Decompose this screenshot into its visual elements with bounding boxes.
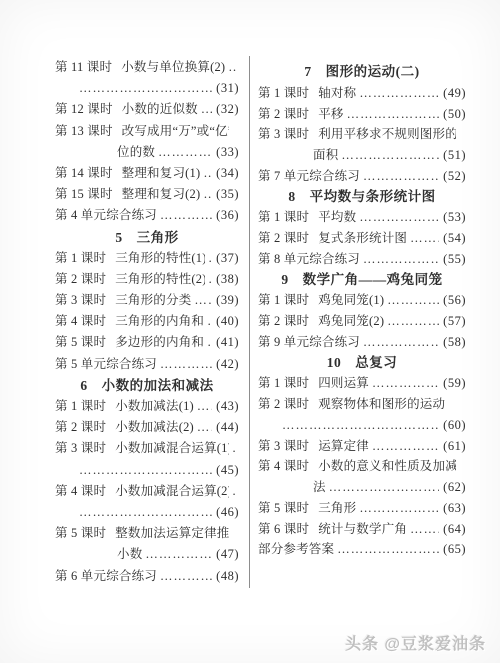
dot-leader: ………………………: [197, 417, 212, 438]
toc-entry: 第 2 课时三角形的特性(2)………………………(38): [55, 269, 239, 290]
toc-entry: 第 15 课时整理和复习(2)………………………(35): [55, 184, 239, 205]
page-number: (45): [216, 460, 239, 481]
page-number: (43): [216, 396, 239, 417]
page-number: (52): [443, 166, 466, 187]
entry-label: 第 2 课时: [258, 104, 309, 125]
toc-entry: 部分参考答案…………………………(65): [258, 539, 466, 560]
toc-entry: 第 9 单元综合练习…………………………(58): [258, 332, 466, 353]
toc-column-left: 第 11 课时小数与单位换算(2)…………………………………………(31)第 1…: [55, 57, 239, 587]
dot-leader: ………………………: [207, 332, 212, 353]
dot-leader: …………………………: [337, 539, 439, 560]
entry-title: 平移: [318, 104, 343, 125]
entry-label: 第 7 单元综合练习: [258, 166, 360, 187]
toc-entry-continuation: 位的数………………………(33): [55, 142, 239, 163]
toc-entry: 第 4 课时小数加减混合运算(2)…: [55, 481, 239, 502]
dot-leader: ………………………: [203, 184, 212, 205]
dot-leader: …………………………: [329, 477, 439, 498]
dot-leader: …………………………: [363, 249, 439, 270]
page-number: (48): [216, 566, 239, 587]
page-number: (36): [216, 205, 239, 226]
toc-section-heading: 6 小数的加法和减法: [55, 375, 239, 396]
toc-entry: 第 5 课时三角形…………………………(63): [258, 498, 466, 519]
dot-leader: …: [232, 438, 236, 459]
toc-entry: 第 1 课时轴对称…………………………(49): [258, 83, 466, 104]
dot-leader: ………………………: [207, 311, 212, 332]
entry-label: 第 2 课时: [55, 269, 106, 290]
entry-label: 第 3 课时: [55, 290, 106, 311]
entry-label: 第 6 课时: [258, 519, 309, 540]
page-number: (61): [443, 436, 466, 457]
page-number: (49): [443, 83, 466, 104]
entry-label: 第 4 单元综合练习: [55, 205, 157, 226]
toc-entry: 第 12 课时小数的近似数………………………(32): [55, 99, 239, 120]
entry-label: 第 4 课时: [258, 456, 309, 477]
toc-entry: 第 5 课时多边形的内角和………………………(41): [55, 332, 239, 353]
page-number: (60): [443, 415, 466, 436]
entry-label: 第 1 课时: [55, 248, 106, 269]
toc-entry: 第 5 课时整数加法运算定律推广到: [55, 523, 239, 544]
entry-label: 第 4 课时: [55, 481, 106, 502]
page-number: (33): [216, 142, 239, 163]
page-number: (41): [216, 332, 239, 353]
entry-title: 三角形的特性(2): [115, 269, 205, 290]
page-number: (31): [216, 78, 239, 99]
dot-leader: …………………………: [359, 498, 439, 519]
dot-leader: …………………………: [387, 290, 439, 311]
entry-title: 面积: [313, 145, 338, 166]
entry-label: 部分参考答案: [258, 539, 334, 560]
toc-section-heading: 5 三角形: [55, 227, 239, 248]
entry-title: 复式条形统计图: [318, 228, 407, 249]
toc-entry: 第 3 课时利用平移求不规则图形的: [258, 124, 466, 145]
entry-label: 第 5 课时: [55, 523, 106, 544]
entry-title: 小数加减法(1): [115, 396, 194, 417]
dot-leader: ………………………………………: [282, 415, 439, 436]
entry-title: 多边形的内角和: [115, 332, 204, 353]
page-number: (58): [443, 332, 466, 353]
page-number: (65): [443, 539, 466, 560]
toc-entry: 第 8 单元综合练习…………………………(55): [258, 249, 466, 270]
entry-title: 位的数: [117, 142, 155, 163]
entry-title: 运算定律: [318, 436, 369, 457]
toc-entry: 第 4 单元综合练习………………………(36): [55, 205, 239, 226]
dot-leader: …………………………: [359, 83, 439, 104]
entry-title: 利用平移求不规则图形的: [318, 124, 456, 145]
entry-label: 第 1 课时: [55, 396, 106, 417]
dot-leader: …: [228, 57, 236, 78]
toc-entry: 第 3 课时三角形的分类………………………(39): [55, 290, 239, 311]
entry-title: 小数: [117, 544, 142, 565]
toc-entry: 第 2 课时复式条形统计图…………………………(54): [258, 228, 466, 249]
toc-entry: 第 7 单元综合练习…………………………(52): [258, 166, 466, 187]
toc-entry-continuation: ………………………………………(60): [258, 415, 466, 436]
dot-leader: ………………………: [197, 396, 212, 417]
entry-label: 第 1 课时: [258, 83, 309, 104]
page-number: (63): [443, 498, 466, 519]
toc-entry: 第 1 课时小数加减法(1)………………………(43): [55, 396, 239, 417]
dot-leader: ………………………: [160, 566, 212, 587]
entry-label: 第 2 课时: [258, 311, 309, 332]
column-divider-rule: [249, 56, 250, 588]
entry-label: 第 3 课时: [55, 438, 106, 459]
entry-title: 小数与单位换算(2): [121, 57, 225, 78]
scanned-toc-page: { "colors": { "paper": "#ffffff", "ink":…: [0, 0, 500, 663]
toc-entry: 第 14 课时整理和复习(1)………………………(34): [55, 163, 239, 184]
toc-entry: 第 13 课时改写成用“万”或“亿”作单: [55, 121, 239, 142]
toc-entry: 第 11 课时小数与单位换算(2)…: [55, 57, 239, 78]
dot-leader: ………………………: [203, 163, 212, 184]
toc-section-heading: 8 平均数与条形统计图: [258, 187, 466, 208]
page-number: (56): [443, 290, 466, 311]
entry-label: 第 1 课时: [258, 207, 309, 228]
page-number: (39): [216, 290, 239, 311]
toc-column-right: 7 图形的运动(二)第 1 课时轴对称…………………………(49)第 2 课时平…: [258, 62, 466, 560]
toc-section-heading: 9 数学广角——鸡兔同笼: [258, 270, 466, 291]
toc-section-heading: 7 图形的运动(二): [258, 62, 466, 83]
dot-leader: ………………………: [194, 290, 212, 311]
dot-leader: ………………………: [160, 354, 212, 375]
entry-title: 整理和复习(1): [122, 163, 201, 184]
entry-label: 第 14 课时: [55, 163, 113, 184]
entry-label: 第 12 课时: [55, 99, 113, 120]
dot-leader: …………………………: [410, 519, 439, 540]
entry-title: 鸡兔同笼(2): [318, 311, 384, 332]
toc-entry-continuation: ………………………………………(31): [55, 78, 239, 99]
toc-entry: 第 2 课时观察物体和图形的运动: [258, 394, 466, 415]
toc-section-heading: 10 总复习: [258, 353, 466, 374]
toc-entry-continuation: ………………………………………(46): [55, 502, 239, 523]
entry-title: 三角形的内角和: [115, 311, 204, 332]
entry-title: 统计与数学广角: [318, 519, 407, 540]
entry-label: 第 2 课时: [258, 228, 309, 249]
dot-leader: …………………………: [372, 436, 439, 457]
entry-title: 三角形的分类: [115, 290, 191, 311]
entry-label: 第 8 单元综合练习: [258, 249, 360, 270]
dot-leader: ………………………: [201, 99, 212, 120]
entry-title: 平均数: [318, 207, 356, 228]
page-number: (62): [443, 477, 466, 498]
toc-entry: 第 6 课时统计与数学广角…………………………(64): [258, 519, 466, 540]
toc-entry: 第 6 单元综合练习………………………(48): [55, 566, 239, 587]
toc-entry: 第 2 课时平移…………………………(50): [258, 104, 466, 125]
dot-leader: ………………………………………: [79, 460, 212, 481]
toc-entry: 第 4 课时小数的意义和性质及加减: [258, 456, 466, 477]
toc-entry: 第 5 单元综合练习………………………(42): [55, 354, 239, 375]
entry-title: 小数加减法(2): [115, 417, 194, 438]
dot-leader: …………………………: [363, 332, 439, 353]
dot-leader: ………………………………………: [79, 78, 212, 99]
entry-label: 第 2 课时: [258, 394, 309, 415]
entry-label: 第 9 单元综合练习: [258, 332, 360, 353]
page-number: (32): [216, 99, 239, 120]
dot-leader: ………………………: [158, 142, 212, 163]
entry-title: 三角形的特性(1): [115, 248, 205, 269]
page-number: (38): [216, 269, 239, 290]
dot-leader: ………………………: [208, 269, 212, 290]
page-number: (34): [216, 163, 239, 184]
entry-title: 四则运算: [318, 373, 369, 394]
toc-entry-continuation: 面积…………………………(51): [258, 145, 466, 166]
page-number: (42): [216, 354, 239, 375]
page-number: (50): [443, 104, 466, 125]
toc-entry-continuation: 法…………………………(62): [258, 477, 466, 498]
toc-entry: 第 2 课时小数加减法(2)………………………(44): [55, 417, 239, 438]
entry-label: 第 6 单元综合练习: [55, 566, 157, 587]
dot-leader: …: [232, 481, 236, 502]
toc-entry: 第 1 课时三角形的特性(1)………………………(37): [55, 248, 239, 269]
entry-title: 小数加减混合运算(2): [115, 481, 229, 502]
toc-entry: 第 4 课时三角形的内角和………………………(40): [55, 311, 239, 332]
entry-title: 鸡兔同笼(1): [318, 290, 384, 311]
dot-leader: ………………………: [208, 248, 212, 269]
dot-leader: …………………………: [372, 373, 439, 394]
dot-leader: ………………………………………: [79, 502, 212, 523]
page-number: (35): [216, 184, 239, 205]
toc-entry: 第 1 课时平均数…………………………(53): [258, 207, 466, 228]
page-number: (53): [443, 207, 466, 228]
dot-leader: …………………………: [387, 311, 439, 332]
page-number: (46): [216, 502, 239, 523]
entry-label: 第 11 课时: [55, 57, 112, 78]
entry-label: 第 1 课时: [258, 373, 309, 394]
entry-title: 小数的意义和性质及加减: [318, 456, 456, 477]
toc-entry-continuation: ………………………………………(45): [55, 460, 239, 481]
entry-label: 第 2 课时: [55, 417, 106, 438]
entry-label: 第 5 课时: [55, 332, 106, 353]
dot-leader: …………………………: [359, 207, 439, 228]
entry-label: 第 4 课时: [55, 311, 106, 332]
page-number: (37): [216, 248, 239, 269]
entry-label: 第 3 课时: [258, 436, 309, 457]
entry-label: 第 5 单元综合练习: [55, 354, 157, 375]
entry-title: 改写成用“万”或“亿”作单: [122, 121, 229, 142]
page-number: (44): [216, 417, 239, 438]
page-number: (47): [216, 544, 239, 565]
page-number: (40): [216, 311, 239, 332]
page-number: (51): [443, 145, 466, 166]
page-number: (55): [443, 249, 466, 270]
watermark-text: 头条 @豆浆爱油条: [345, 631, 486, 654]
toc-entry: 第 3 课时小数加减混合运算(1)…: [55, 438, 239, 459]
page-number: (57): [443, 311, 466, 332]
entry-title: 观察物体和图形的运动: [318, 394, 445, 415]
entry-title: 法: [313, 477, 326, 498]
dot-leader: …………………………: [410, 228, 439, 249]
page-number: (59): [443, 373, 466, 394]
dot-leader: ………………………: [160, 205, 212, 226]
dot-leader: …………………………: [341, 145, 439, 166]
entry-title: 整数加法运算定律推广到: [115, 523, 229, 544]
entry-title: 整理和复习(2): [122, 184, 201, 205]
entry-label: 第 3 课时: [258, 124, 309, 145]
entry-label: 第 5 课时: [258, 498, 309, 519]
entry-title: 小数加减混合运算(1): [115, 438, 229, 459]
toc-entry-continuation: 小数………………………(47): [55, 544, 239, 565]
entry-title: 轴对称: [318, 83, 356, 104]
dot-leader: …………………………: [347, 104, 440, 125]
entry-label: 第 13 课时: [55, 121, 113, 142]
toc-entry: 第 1 课时鸡兔同笼(1)…………………………(56): [258, 290, 466, 311]
toc-entry: 第 2 课时鸡兔同笼(2)…………………………(57): [258, 311, 466, 332]
page-number: (54): [443, 228, 466, 249]
entry-label: 第 15 课时: [55, 184, 113, 205]
dot-leader: ………………………: [145, 544, 212, 565]
entry-title: 小数的近似数: [122, 99, 198, 120]
entry-title: 三角形: [318, 498, 356, 519]
dot-leader: …………………………: [363, 166, 439, 187]
toc-entry: 第 1 课时四则运算…………………………(59): [258, 373, 466, 394]
entry-label: 第 1 课时: [258, 290, 309, 311]
toc-entry: 第 3 课时运算定律…………………………(61): [258, 436, 466, 457]
page-number: (64): [443, 519, 466, 540]
